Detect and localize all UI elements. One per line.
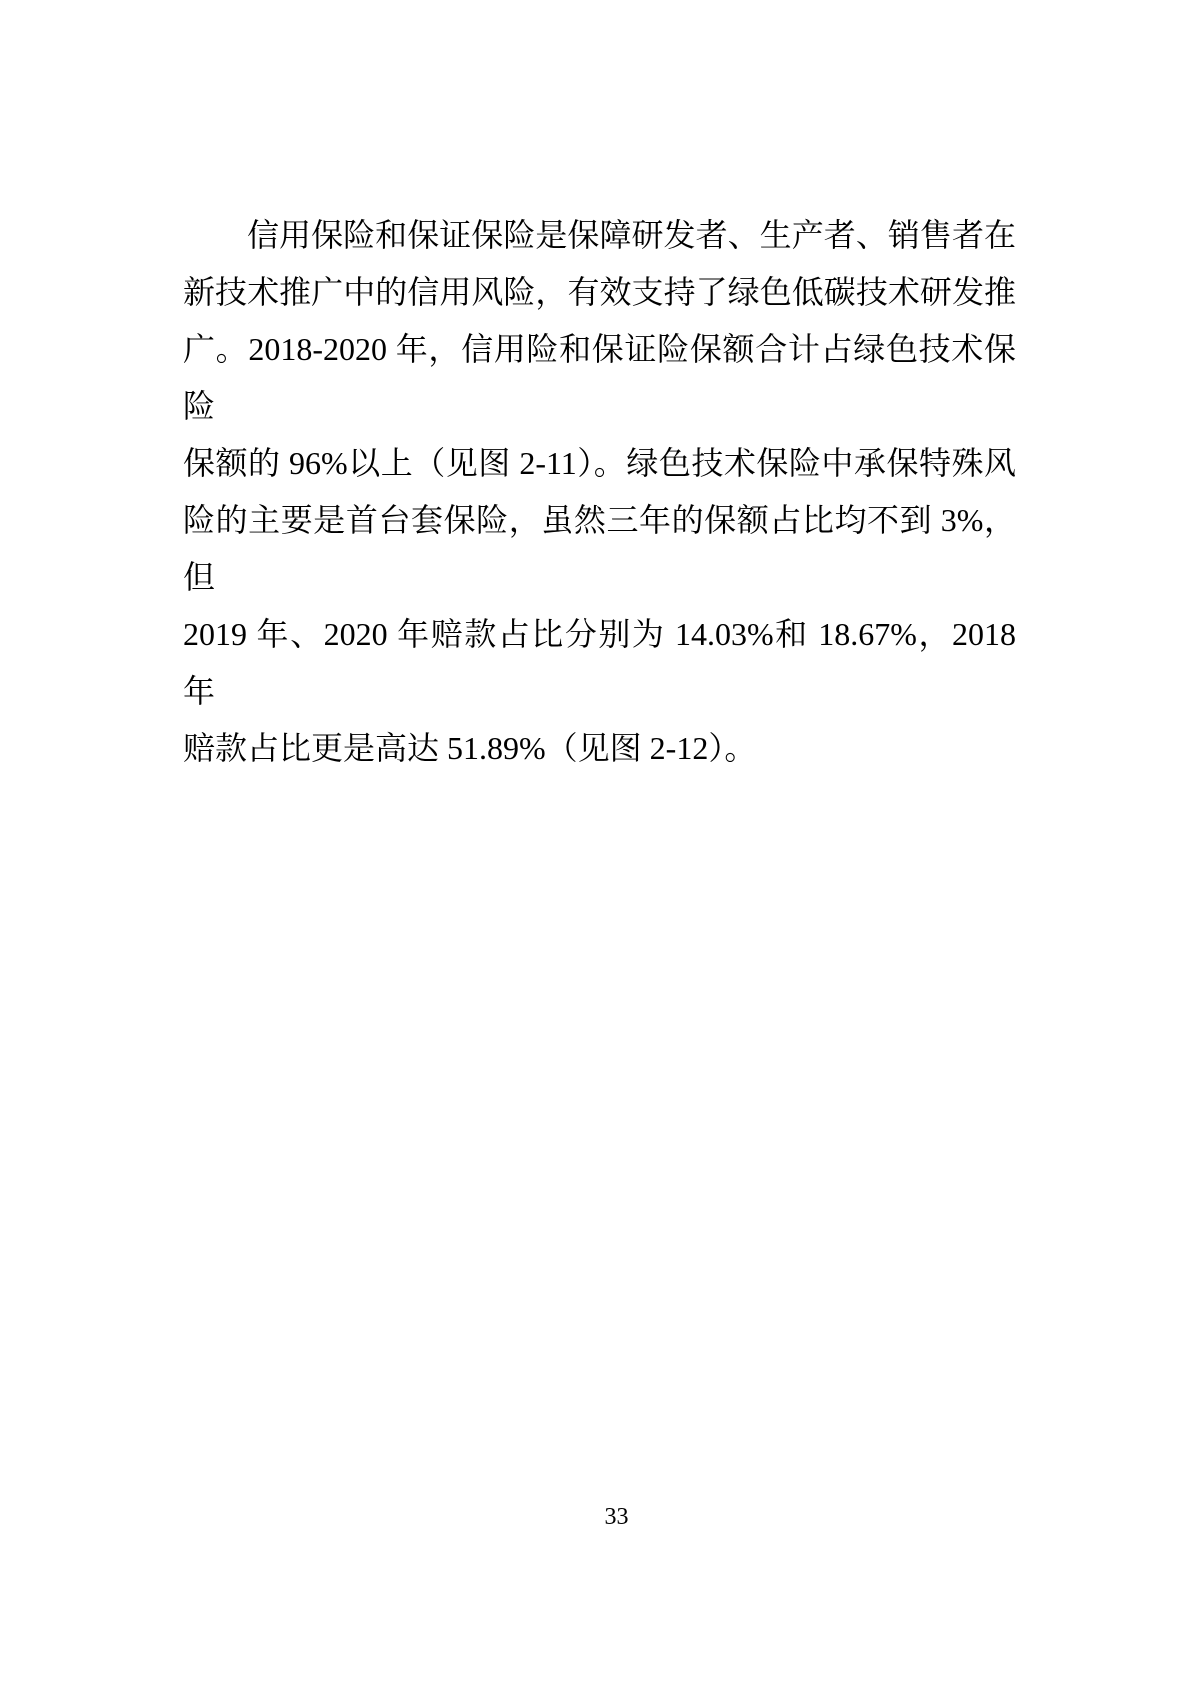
paragraph-line-4: 保额的 96%以上（见图 2-11）。绿色技术保险中承保特殊风 [183,435,1016,492]
paragraph-line-3: 广。2018-2020 年，信用险和保证险保额合计占绿色技术保险 [183,321,1016,435]
paragraph-line-1: 信用保险和保证保险是保障研发者、生产者、销售者在 [183,207,1016,264]
document-page: 信用保险和保证保险是保障研发者、生产者、销售者在 新技术推广中的信用风险，有效支… [0,0,1199,1696]
paragraph-line-6: 2019 年、2020 年赔款占比分别为 14.03%和 18.67%，2018… [183,606,1016,720]
body-paragraph: 信用保险和保证保险是保障研发者、生产者、销售者在 新技术推广中的信用风险，有效支… [183,207,1016,777]
page-number: 33 [0,1503,1199,1531]
paragraph-line-7: 赔款占比更是高达 51.89%（见图 2-12）。 [183,720,1016,777]
paragraph-line-5: 险的主要是首台套保险，虽然三年的保额占比均不到 3%，但 [183,492,1016,606]
paragraph-line-2: 新技术推广中的信用风险，有效支持了绿色低碳技术研发推 [183,264,1016,321]
